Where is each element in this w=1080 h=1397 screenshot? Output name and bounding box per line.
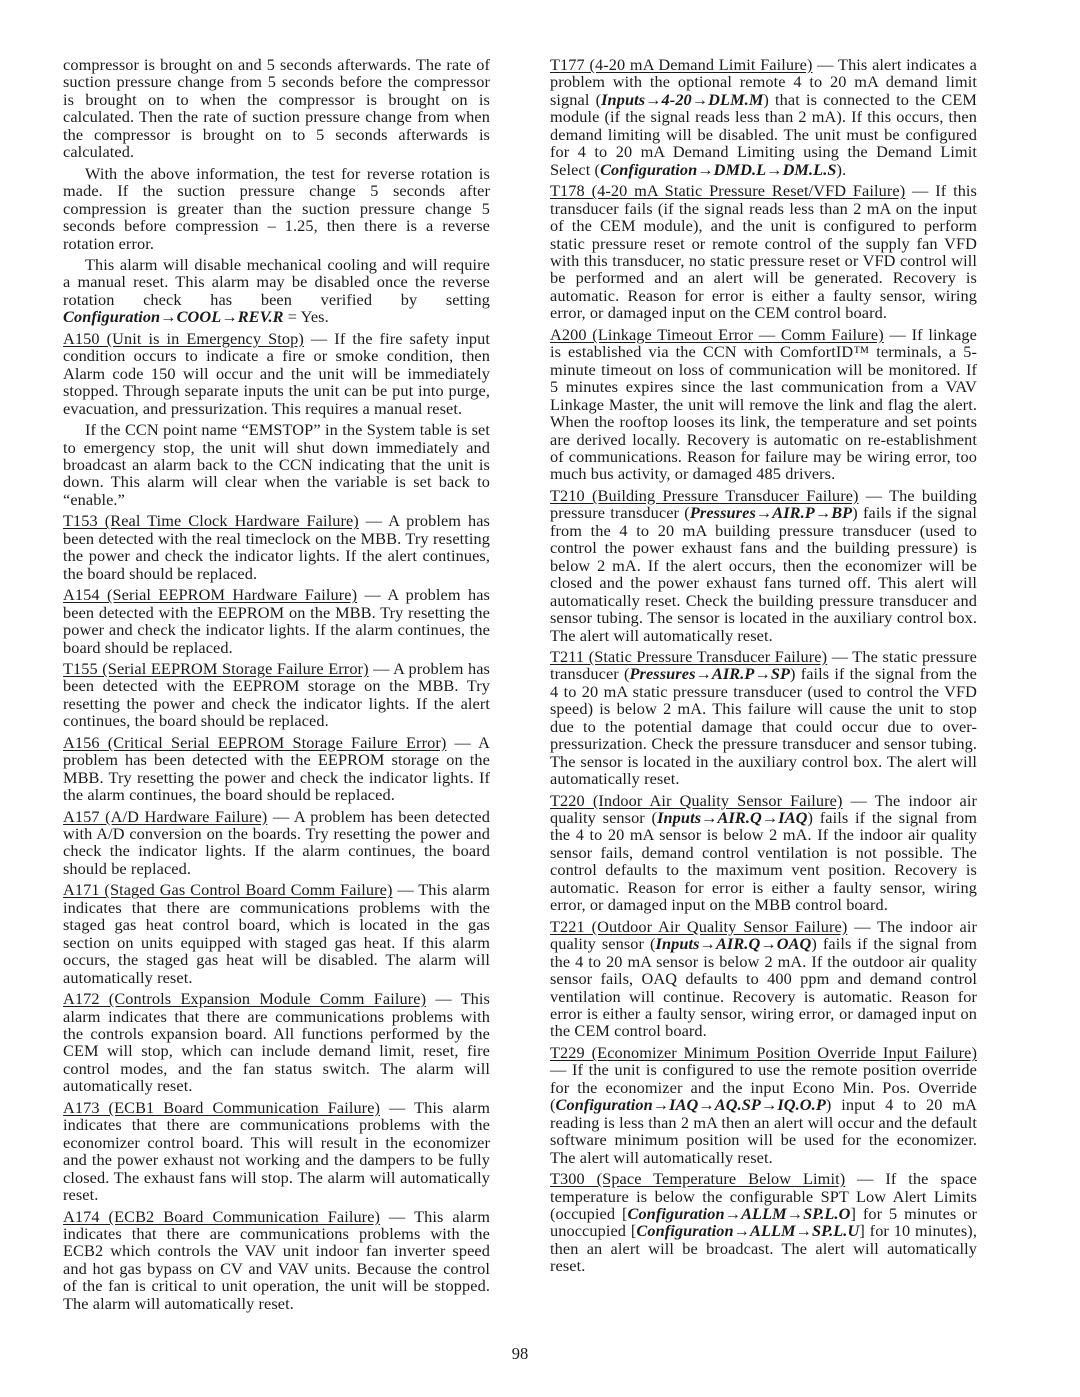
paragraph-reverse-rotation-reset: This alarm will disable mechanical cooli… [63, 256, 490, 326]
body-text: ). [837, 160, 847, 179]
alert-t220: T220 (Indoor Air Quality Sensor Failure)… [550, 792, 977, 914]
alert-code-heading: A174 (ECB2 Board Communication Failure) [63, 1207, 380, 1226]
menu-path-text: Inputs→AIR.Q→OAQ [656, 934, 812, 953]
alert-code-heading: T220 (Indoor Air Quality Sensor Failure) [550, 791, 842, 810]
alert-t177: T177 (4-20 mA Demand Limit Failure) — Th… [550, 56, 977, 178]
alert-a154: A154 (Serial EEPROM Hardware Failure) — … [63, 586, 490, 656]
body-text: ) fails if the signal from the 4 to 20 m… [550, 503, 977, 644]
alert-code-heading: T229 (Economizer Minimum Position Overri… [550, 1043, 977, 1062]
body-text: = Yes. [284, 307, 329, 326]
alert-t221: T221 (Outdoor Air Quality Sensor Failure… [550, 918, 977, 1040]
body-text: With the above information, the test for… [63, 164, 490, 253]
alert-code-heading: A156 (Critical Serial EEPROM Storage Fai… [63, 733, 446, 752]
alert-a156: A156 (Critical Serial EEPROM Storage Fai… [63, 734, 490, 804]
paragraph-emstop: If the CCN point name “EMSTOP” in the Sy… [63, 421, 490, 508]
menu-path-text: Configuration→ALLM→SP.L.O [627, 1204, 850, 1223]
alert-t300: T300 (Space Temperature Below Limit) — I… [550, 1170, 977, 1275]
alert-code-heading: T221 (Outdoor Air Quality Sensor Failure… [550, 917, 847, 936]
menu-path-text: Configuration→DMD.L→DM.L.S [600, 160, 836, 179]
alert-code-heading: A173 (ECB1 Board Communication Failure) [63, 1098, 380, 1117]
alert-code-heading: T300 (Space Temperature Below Limit) [550, 1169, 845, 1188]
alert-code-heading: A157 (A/D Hardware Failure) [63, 807, 267, 826]
body-text: — If linkage is established via the CCN … [550, 325, 977, 484]
alert-a172: A172 (Controls Expansion Module Comm Fai… [63, 990, 490, 1095]
column-right: T177 (4-20 mA Demand Limit Failure) — Th… [550, 56, 977, 1316]
alert-t155: T155 (Serial EEPROM Storage Failure Erro… [63, 660, 490, 730]
body-text: — If this transducer fails (if the signa… [550, 181, 977, 322]
alert-code-heading: T211 (Static Pressure Transducer Failure… [550, 647, 827, 666]
alert-a200: A200 (Linkage Timeout Error — Comm Failu… [550, 326, 977, 483]
alert-t210: T210 (Building Pressure Transducer Failu… [550, 487, 977, 644]
alert-a157: A157 (A/D Hardware Failure) — A problem … [63, 808, 490, 878]
page-number: 98 [0, 1344, 1040, 1364]
alert-code-heading: A200 (Linkage Timeout Error — Comm Failu… [550, 325, 884, 344]
alert-code-heading: T155 (Serial EEPROM Storage Failure Erro… [63, 659, 369, 678]
alert-t211: T211 (Static Pressure Transducer Failure… [550, 648, 977, 788]
alert-code-heading: T177 (4-20 mA Demand Limit Failure) [550, 55, 813, 74]
body-text: compressor is brought on and 5 seconds a… [63, 55, 490, 161]
alert-t178: T178 (4-20 mA Static Pressure Reset/VFD … [550, 182, 977, 322]
alert-code-heading: A154 (Serial EEPROM Hardware Failure) [63, 585, 357, 604]
body-text: This alarm will disable mechanical cooli… [63, 255, 490, 309]
menu-path-text: Configuration→COOL→REV.R [63, 307, 284, 326]
document-page: compressor is brought on and 5 seconds a… [0, 0, 1080, 1397]
body-text: ) fails if the signal from the 4 to 20 m… [550, 664, 977, 788]
menu-path-text: Inputs→AIR.Q→IAQ [657, 808, 807, 827]
alert-code-heading: A150 (Unit is in Emergency Stop) [63, 329, 304, 348]
alert-a174: A174 (ECB2 Board Communication Failure) … [63, 1208, 490, 1313]
menu-path-text: Configuration→ALLM→SP.L.U [636, 1221, 859, 1240]
text-columns: compressor is brought on and 5 seconds a… [63, 56, 977, 1316]
alert-a150: A150 (Unit is in Emergency Stop) — If th… [63, 330, 490, 417]
alert-code-heading: A171 (Staged Gas Control Board Comm Fail… [63, 880, 392, 899]
alert-a173: A173 (ECB1 Board Communication Failure) … [63, 1099, 490, 1204]
alert-code-heading: T210 (Building Pressure Transducer Failu… [550, 486, 859, 505]
alert-code-heading: A172 (Controls Expansion Module Comm Fai… [63, 989, 426, 1008]
menu-path-text: Configuration→IAQ→AQ.SP→IQ.O.P [556, 1095, 826, 1114]
column-left: compressor is brought on and 5 seconds a… [63, 56, 490, 1316]
body-text: If the CCN point name “EMSTOP” in the Sy… [63, 420, 490, 509]
menu-path-text: Pressures→AIR.P→BP [690, 503, 852, 522]
menu-path-text: Inputs→4-20→DLM.M [601, 90, 763, 109]
alert-code-heading: T153 (Real Time Clock Hardware Failure) [63, 511, 359, 530]
paragraph-compressor-rate: compressor is brought on and 5 seconds a… [63, 56, 490, 161]
alert-t229: T229 (Economizer Minimum Position Overri… [550, 1044, 977, 1166]
alert-a171: A171 (Staged Gas Control Board Comm Fail… [63, 881, 490, 986]
menu-path-text: Pressures→AIR.P→SP [629, 664, 790, 683]
alert-t153: T153 (Real Time Clock Hardware Failure) … [63, 512, 490, 582]
paragraph-reverse-rotation-test: With the above information, the test for… [63, 165, 490, 252]
alert-code-heading: T178 (4-20 mA Static Pressure Reset/VFD … [550, 181, 905, 200]
